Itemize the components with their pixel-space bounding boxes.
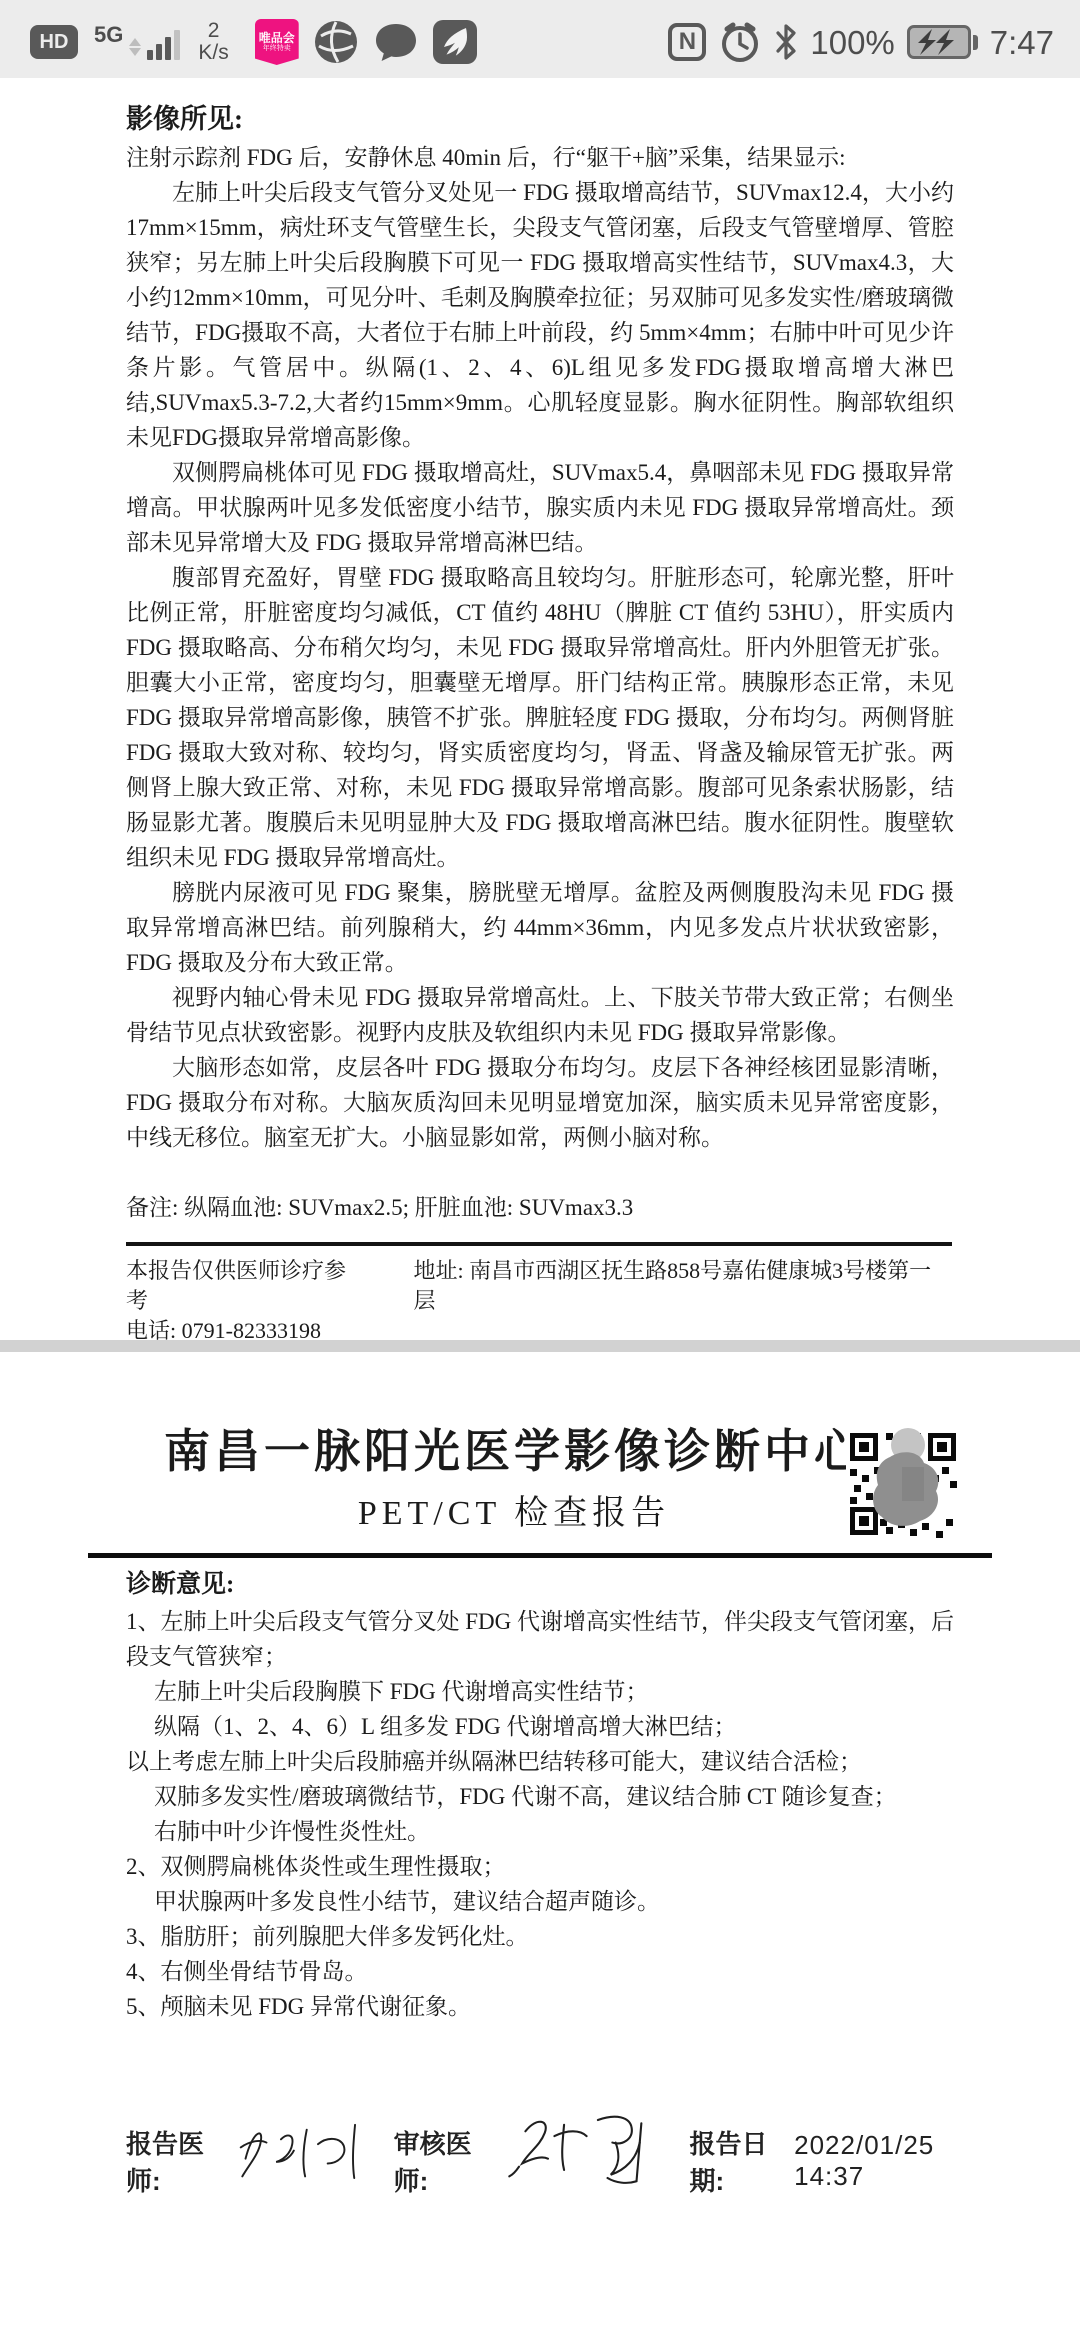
diagnosis-item: 以上考虑左肺上叶尖后段肺癌并纵隔淋巴结转移可能大，建议结合活检； [126, 1744, 954, 1779]
diagnosis-item: 3、脂肪肝；前列腺肥大伴多发钙化灶。 [126, 1919, 954, 1954]
diagnosis-heading: 诊断意见: [126, 1566, 954, 1604]
qr-code [846, 1423, 960, 1548]
findings-paragraph: 左肺上叶尖后段支气管分叉处见一 FDG 摄取增高结节，SUVmax12.4，大小… [126, 175, 954, 455]
report-type-title: PET/CT 检查报告 [100, 1492, 928, 1536]
diagnosis-item: 左肺上叶尖后段胸膜下 FDG 代谢增高实性结节； [126, 1674, 954, 1709]
diagnosis-item: 纵隔（1、2、4、6）L 组多发 FDG 代谢增高增大淋巴结； [126, 1709, 954, 1744]
browser-globe-icon [313, 19, 359, 65]
findings-paragraph: 大脑形态如常，皮层各叶 FDG 摄取分布均匀。皮层下各神经核团显影清晰，FDG … [126, 1050, 954, 1155]
reporter-label: 报告医师: [126, 2124, 217, 2198]
vipshop-app-icon: 唯品会 年终特卖 [255, 19, 299, 65]
findings-paragraph: 腹部胃充盈好，胃壁 FDG 摄取略高且较均匀。肝脏形态可，轮廓光整，肝叶比例正常… [126, 560, 954, 875]
findings-heading: 影像所见: [126, 98, 954, 140]
diagnosis-item: 双肺多发实性/磨玻璃微结节，FDG 代谢不高，建议结合肺 CT 随诊复查； [126, 1779, 954, 1814]
status-bar-right: N 100% 7:47 [668, 20, 1054, 64]
report-date-label: 报告日期: [689, 2124, 780, 2198]
report-page-diagnosis: 南昌一脉阳光医学影像诊断中心 PET/CT 检查报告 [0, 1352, 1080, 2340]
reviewer-signature [490, 2101, 659, 2197]
alarm-clock-icon [718, 20, 762, 64]
diagnosis-item: 1、左肺上叶尖后段支气管分叉处 FDG 代谢增高实性结节，伴尖段支气管闭塞，后段… [126, 1604, 954, 1674]
notification-icons: 唯品会 年终特卖 [255, 19, 477, 65]
clock-label: 7:47 [990, 26, 1054, 59]
hd-voice-icon: HD [30, 25, 78, 59]
page-footer: 本报告仅供医师诊疗参考 地址: 南昌市西湖区抚生路858号嘉佑健康城3号楼第一层… [126, 1242, 952, 1340]
footer-address: 地址: 南昌市西湖区抚生路858号嘉佑健康城3号楼第一层 [414, 1256, 953, 1316]
battery-charging-icon [907, 25, 978, 59]
center-name-title: 南昌一脉阳光医学影像诊断中心 [100, 1424, 928, 1480]
network-speed-indicator: 2 K/s [198, 20, 228, 64]
network-type-label: 5G [94, 24, 123, 46]
header-rule [88, 1553, 992, 1558]
nfc-icon: N [668, 23, 706, 61]
signal-bars-icon [147, 30, 180, 60]
diagnosis-item: 甲状腺两叶多发良性小结节，建议结合超声随诊。 [126, 1884, 954, 1919]
signature-row: 报告医师: 审核医师: [126, 2124, 970, 2198]
diagnosis-item: 4、右侧坐骨结节骨岛。 [126, 1954, 954, 1989]
data-activity-icon [129, 38, 141, 56]
messenger-bubble-icon [373, 20, 419, 64]
status-bar: HD 5G 2 K/s 唯品会 年终特卖 N [0, 0, 1080, 78]
dingtalk-wing-icon [433, 20, 477, 64]
bluetooth-icon [774, 22, 798, 62]
report-page-findings: 影像所见: 注射示踪剂 FDG 后，安静休息 40min 后，行“躯干+脑”采集… [0, 78, 1080, 1340]
reviewer-label: 审核医师: [394, 2124, 485, 2198]
document-scroll-view[interactable]: 影像所见: 注射示踪剂 FDG 后，安静休息 40min 后，行“躯干+脑”采集… [0, 78, 1080, 2340]
page-gap-divider [0, 1340, 1080, 1352]
diagnosis-item: 2、双侧腭扁桃体炎性或生理性摄取； [126, 1849, 954, 1884]
cellular-signal-indicator: 5G [94, 24, 180, 60]
report-date-value: 2022/01/25 14:37 [794, 2130, 970, 2192]
findings-paragraph: 双侧腭扁桃体可见 FDG 摄取增高灶，SUVmax5.4，鼻咽部未见 FDG 摄… [126, 455, 954, 560]
report-header: 南昌一脉阳光医学影像诊断中心 PET/CT 检查报告 [100, 1424, 928, 1536]
battery-percent-label: 100% [810, 26, 894, 59]
diagnosis-item: 右肺中叶少许慢性炎性灶。 [126, 1814, 954, 1849]
findings-paragraphs: 左肺上叶尖后段支气管分叉处见一 FDG 摄取增高结节，SUVmax12.4，大小… [126, 175, 954, 1155]
footer-disclaimer: 本报告仅供医师诊疗参考 [126, 1256, 368, 1316]
reporter-signature [223, 2103, 376, 2195]
findings-paragraph: 膀胱内尿液可见 FDG 聚集，膀胱壁无增厚。盆腔及两侧腹股沟未见 FDG 摄取异… [126, 875, 954, 980]
findings-paragraph: 视野内轴心骨未见 FDG 摄取异常增高灶。上、下肢关节带大致正常；右侧坐骨结节见… [126, 980, 954, 1050]
footer-phone: 电话: 0791-82333198 [126, 1318, 321, 1340]
diagnosis-item: 5、颅脑未见 FDG 异常代谢征象。 [126, 1989, 954, 2024]
report-note: 备注: 纵隔血池: SUVmax2.5; 肝脏血池: SUVmax3.3 [126, 1190, 954, 1225]
findings-intro: 注射示踪剂 FDG 后，安静休息 40min 后，行“躯干+脑”采集，结果显示: [126, 140, 954, 175]
diagnosis-list: 1、左肺上叶尖后段支气管分叉处 FDG 代谢增高实性结节，伴尖段支气管闭塞，后段… [126, 1604, 954, 2024]
